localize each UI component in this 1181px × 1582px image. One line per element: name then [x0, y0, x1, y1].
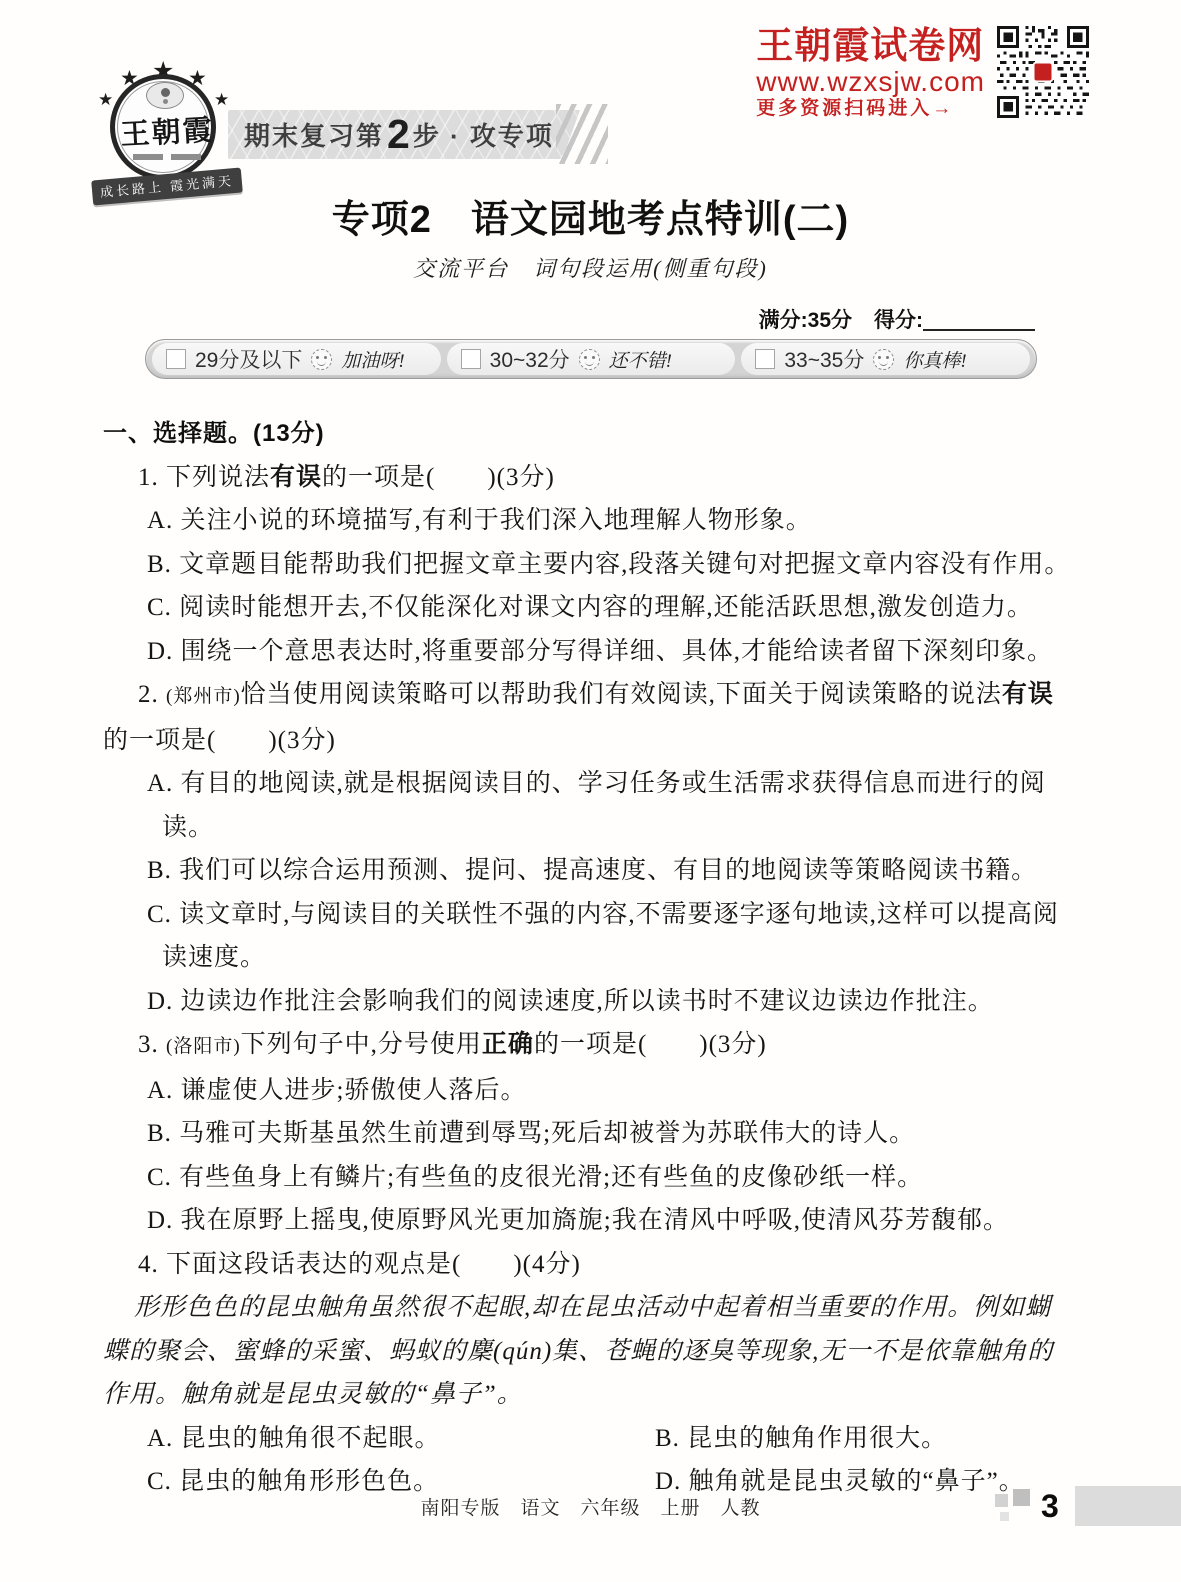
question-stem-bold: 有误 [270, 463, 322, 491]
checkbox-low[interactable] [166, 349, 186, 369]
star-icon: ★ [98, 90, 113, 110]
question-number: 2. [138, 681, 166, 708]
question-2-stem: 2. (郑州市)恰当使用阅读策略可以帮助我们有效阅读,下面关于阅读策略的说法有误… [103, 673, 1072, 762]
question-stem-bold: 正确 [482, 1030, 534, 1058]
question-source: (郑州市) [166, 686, 241, 707]
section-heading: 一、选择题。(13分) [103, 412, 1072, 456]
checkbox-high[interactable] [755, 349, 775, 369]
got-score-label: 得分: [874, 309, 923, 332]
banner-slashes-decor [556, 104, 608, 164]
step-banner: 期末复习第 2 步 · 攻专项 [228, 110, 580, 159]
question-4-stem: 4. 下面这段话表达的观点是( )(4分) [103, 1243, 1072, 1287]
score-segment-mid: 30~32分 还不错! [447, 343, 736, 375]
score-phrase: 你真棒! [903, 346, 966, 373]
brand-site-name: 王朝霞试卷网 [756, 26, 985, 66]
question-area: 一、选择题。(13分) 1. 下列说法有误的一项是( )(3分) A. 关注小说… [103, 412, 1072, 1504]
page-number-block: 3 [995, 1486, 1181, 1528]
question-3-option-b: B. 马雅可夫斯基虽然生前遭到辱骂;死后却被誉为苏联伟大的诗人。 [103, 1112, 1072, 1156]
full-score-label: 满分:35分 [759, 309, 852, 332]
question-2-option-a: A. 有目的地阅读,就是根据阅读目的、学习任务或生活需求获得信息而进行的阅读。 [103, 762, 1072, 849]
score-phrase: 还不错! [609, 346, 672, 373]
question-2-option-c: C. 读文章时,与阅读目的关联性不强的内容,不需要逐字逐句地读,这样可以提高阅读… [103, 893, 1072, 980]
brand-tagline: 更多资源扫码进入→ [756, 97, 985, 121]
question-1-option-b: B. 文章题目能帮助我们把握文章主要内容,段落关键句对把握文章内容没有作用。 [103, 543, 1072, 587]
question-stem-pre: 下面这段话表达的观点是( )(4分) [166, 1251, 581, 1278]
stamp-subtext-decor [96, 154, 238, 160]
question-stem-pre: 下列说法 [166, 464, 270, 491]
question-3-option-d: D. 我在原野上摇曳,使原野风光更加旖旎;我在清风中呼吸,使清风芬芳馥郁。 [103, 1199, 1072, 1243]
score-rating-bar: 29分及以下 加油呀! 30~32分 还不错! 33~35分 你真棒! [145, 339, 1037, 379]
question-number: 1. [138, 464, 166, 491]
page-title: 专项2 语文园地考点特训(二) [0, 188, 1181, 243]
question-1-option-d: D. 围绕一个意思表达时,将重要部分写得详细、具体,才能给读者留下深刻印象。 [103, 630, 1072, 674]
score-blank-field[interactable] [923, 309, 1035, 331]
exam-page: 王朝霞试卷网 www.wzxsjw.com 更多资源扫码进入→ ★ ★ ★ ★ … [0, 0, 1181, 1582]
pixel-decor [995, 1494, 1008, 1507]
question-4-options: A. 昆虫的触角很不起眼。 B. 昆虫的触角作用很大。 C. 昆虫的触角形形色色… [103, 1417, 1072, 1504]
question-2-option-d: D. 边读边作批注会影响我们的阅读速度,所以读书时不建议边读边作批注。 [103, 980, 1072, 1024]
qr-code-icon [997, 26, 1089, 118]
question-number: 3. [138, 1031, 166, 1058]
checkbox-mid[interactable] [461, 349, 481, 369]
page-subtitle: 交流平台 词句段运用(侧重句段) [0, 252, 1181, 283]
banner-text-pre: 期末复习第 [244, 116, 384, 153]
pixel-decor [1013, 1489, 1030, 1506]
question-stem-pre: 恰当使用阅读策略可以帮助我们有效阅读,下面关于阅读策略的说法 [241, 681, 1002, 708]
smiley-icon [579, 349, 600, 370]
brand-block: 王朝霞试卷网 www.wzxsjw.com 更多资源扫码进入→ [756, 26, 1089, 121]
question-source: (洛阳市) [166, 1036, 241, 1057]
page-number: 3 [1041, 1486, 1059, 1526]
score-range-label: 30~32分 [490, 344, 570, 374]
brand-site-url: www.wzxsjw.com [756, 66, 985, 97]
question-4-option-b: B. 昆虫的触角作用很大。 [655, 1417, 1072, 1461]
question-1-option-c: C. 阅读时能想开去,不仅能深化对课文内容的理解,还能活跃思想,激发创造力。 [103, 586, 1072, 630]
stamp-name: 王朝霞 [95, 106, 239, 154]
score-segment-high: 33~35分 你真棒! [741, 343, 1030, 375]
question-3-stem: 3. (洛阳市)下列句子中,分号使用正确的一项是( )(3分) [103, 1023, 1072, 1069]
brand-text: 王朝霞试卷网 www.wzxsjw.com 更多资源扫码进入→ [756, 26, 985, 121]
question-stem-post: 的一项是( )(3分) [103, 727, 336, 754]
question-3-option-c: C. 有些鱼身上有鳞片;有些鱼的皮很光滑;还有些鱼的皮像砂纸一样。 [103, 1156, 1072, 1200]
question-3-option-a: A. 谦虚使人进步;骄傲使人落后。 [103, 1069, 1072, 1113]
pixel-decor [1000, 1512, 1009, 1521]
question-1-option-a: A. 关注小说的环境描写,有利于我们深入地理解人物形象。 [103, 499, 1072, 543]
question-stem-bold: 有误 [1002, 680, 1054, 708]
question-1-stem: 1. 下列说法有误的一项是( )(3分) [103, 456, 1072, 500]
smiley-icon [873, 349, 894, 370]
score-segment-low: 29分及以下 加油呀! [152, 343, 441, 375]
banner-text-post: 步 · 攻专项 [413, 116, 554, 153]
banner-step-number: 2 [387, 111, 410, 158]
question-number: 4. [138, 1251, 166, 1278]
score-range-label: 29分及以下 [195, 344, 302, 374]
question-stem-post: 的一项是( )(3分) [534, 1031, 767, 1058]
smiley-icon [311, 349, 332, 370]
score-header: 满分:35分得分: [759, 304, 1035, 334]
question-stem-post: 的一项是( )(3分) [322, 464, 555, 491]
question-4-option-a: A. 昆虫的触角很不起眼。 [147, 1417, 655, 1461]
portrait-icon [146, 82, 184, 109]
score-phrase: 加油呀! [341, 346, 404, 373]
question-stem-pre: 下列句子中,分号使用 [241, 1031, 482, 1058]
question-4-passage: 形形色色的昆虫触角虽然很不起眼,却在昆虫活动中起着相当重要的作用。例如蝴蝶的聚会… [103, 1286, 1072, 1417]
question-2-option-b: B. 我们可以综合运用预测、提问、提高速度、有目的地阅读等策略阅读书籍。 [103, 849, 1072, 893]
score-range-label: 33~35分 [784, 344, 864, 374]
page-number-bar-decor [1075, 1486, 1181, 1526]
